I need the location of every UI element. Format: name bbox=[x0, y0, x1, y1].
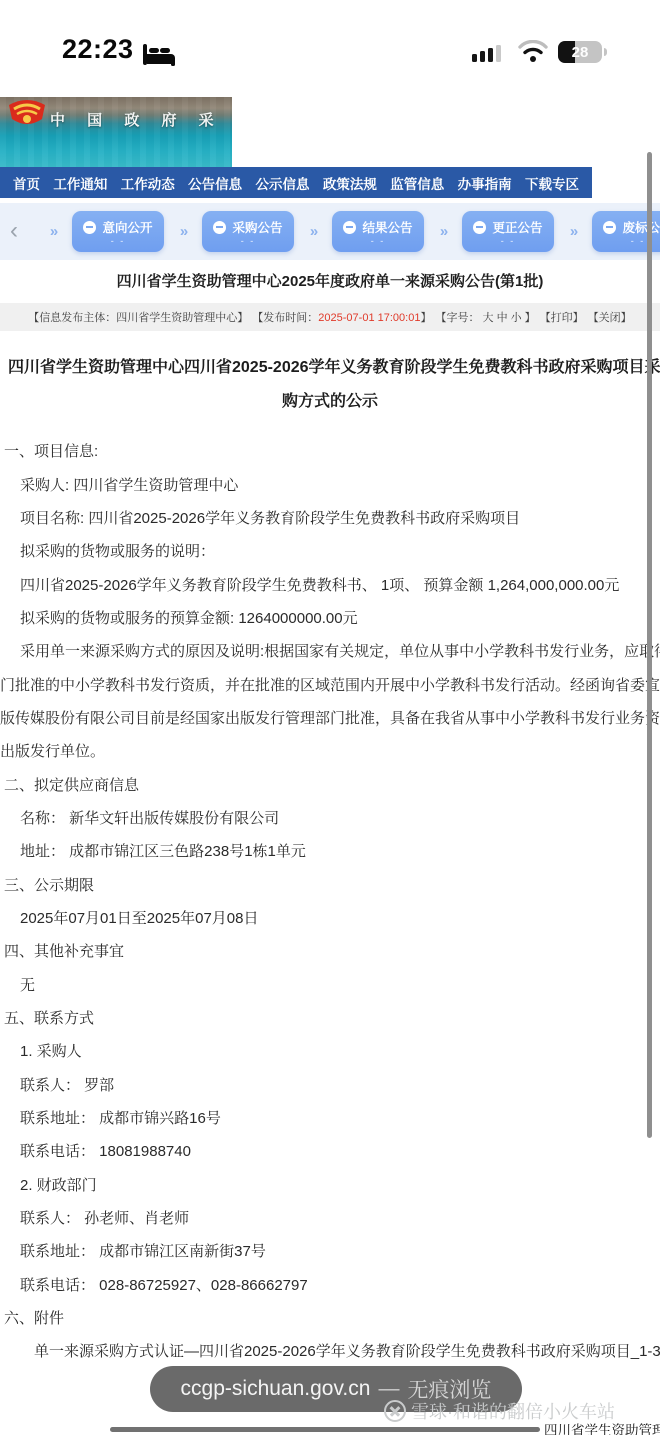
document-line: 版传媒股份有限公司目前是经国家出版发行管理部门批准，具备在我省从事中小学教科书发… bbox=[0, 701, 660, 734]
quick-nav-button-sublabel: - - bbox=[501, 237, 516, 245]
document-line: 出版发行单位。 bbox=[0, 734, 660, 767]
close-button[interactable]: 【关闭】 bbox=[588, 309, 632, 325]
document-line: 联系地址： 成都市锦兴路16号 bbox=[0, 1101, 660, 1134]
cell-signal-icon bbox=[472, 44, 501, 62]
document-line: 联系地址： 成都市锦江区南新街37号 bbox=[0, 1234, 660, 1267]
circle-minus-icon bbox=[473, 221, 486, 234]
document-heading-line1: 四川省学生资助管理中心四川省2025-2026学年义务教育阶段学生免费教科书政府… bbox=[0, 348, 660, 382]
vertical-scrollbar[interactable] bbox=[647, 152, 652, 1138]
document-line: 2025年07月01日至2025年07月08日 bbox=[0, 901, 660, 934]
double-arrow-icon: » bbox=[294, 223, 332, 240]
document-line: 拟采购的货物或服务的预算金额: 1264000000.00元 bbox=[0, 601, 660, 634]
circle-minus-icon bbox=[343, 221, 356, 234]
quick-nav-button-sublabel: - - bbox=[111, 237, 126, 245]
circle-minus-icon bbox=[83, 221, 96, 234]
quick-nav-button[interactable]: 意向公开 - - bbox=[72, 211, 164, 252]
phone-screen: 22:23 28 中 国 政 bbox=[0, 0, 660, 1435]
nav-item[interactable]: 监管信息 bbox=[390, 173, 444, 193]
document-line: 联系电话： 028-86725927、028-86662797 bbox=[0, 1268, 660, 1301]
nav-item[interactable]: 首页 bbox=[13, 173, 40, 193]
circle-minus-icon bbox=[213, 221, 226, 234]
document-line: 采购人: 四川省学生资助管理中心 bbox=[0, 467, 660, 500]
document-line: 项目名称: 四川省2025-2026学年义务教育阶段学生免费教科书政府采购项目 bbox=[0, 501, 660, 534]
document-line: 无 bbox=[0, 968, 660, 1001]
document-line: 六、附件 bbox=[0, 1301, 660, 1334]
nav-item[interactable]: 工作通知 bbox=[53, 173, 107, 193]
nav-item[interactable]: 办事指南 bbox=[458, 173, 512, 193]
document-line: 四、其他补充事宜 bbox=[0, 934, 660, 967]
quick-nav-button[interactable]: 采购公告 - - bbox=[202, 211, 294, 252]
document-line: 二、拟定供应商信息 bbox=[0, 767, 660, 800]
document-line: 采用单一来源采购方式的原因及说明:根据国家有关规定，单位从事中小学教科书发行业务… bbox=[0, 634, 660, 667]
banner-title: 中 国 政 府 采 购 网 四 川 bbox=[50, 109, 232, 130]
quick-nav-item: » 更正公告 - - bbox=[424, 211, 554, 252]
document-line: 一、项目信息: bbox=[0, 434, 660, 467]
document-line: 联系人： 罗部 bbox=[0, 1068, 660, 1101]
clock-time: 22:23 bbox=[62, 34, 134, 65]
quick-nav-strip: ‹ » 意向公开 - - » bbox=[0, 203, 660, 260]
url-text: ccgp-sichuan.gov.cn bbox=[181, 1377, 371, 1401]
meta-publish-time: 【发布时间：2025-07-01 17:00:01】 bbox=[252, 309, 431, 325]
document-line: 名称： 新华文轩出版传媒股份有限公司 bbox=[0, 801, 660, 834]
document-line: 地址： 成都市锦江区三色路238号1栋1单元 bbox=[0, 834, 660, 867]
chevron-left-icon[interactable]: ‹ bbox=[10, 217, 18, 245]
meta-publisher: 【信息发布主体：四川省学生资助管理中心】 bbox=[28, 309, 248, 325]
quick-nav-button[interactable]: 更正公告 - - bbox=[462, 211, 554, 252]
circle-minus-icon bbox=[603, 221, 616, 234]
document-line: 联系电话： 18081988740 bbox=[0, 1134, 660, 1167]
document-body: 一、项目信息: 采购人: 四川省学生资助管理中心 项目名称: 四川省2025-2… bbox=[0, 434, 660, 1368]
double-arrow-icon: » bbox=[554, 223, 592, 240]
document-line: 三、公示期限 bbox=[0, 867, 660, 900]
quick-nav-item: » 废标公告 - - bbox=[554, 211, 660, 252]
battery-percent: 28 bbox=[558, 41, 602, 63]
print-button[interactable]: 【打印】 bbox=[540, 309, 584, 325]
quick-nav-button[interactable]: 结果公告 - - bbox=[332, 211, 424, 252]
document-line: 1. 采购人 bbox=[0, 1034, 660, 1067]
quick-nav-button-sublabel: - - bbox=[371, 237, 386, 245]
quick-nav-button-label: 意向公开 bbox=[102, 218, 152, 236]
document-line: 门批准的中小学教科书发行资质，并在批准的区域范围内开展中小学教科书发行活动。经函… bbox=[0, 667, 660, 700]
double-arrow-icon: » bbox=[164, 223, 202, 240]
double-arrow-icon: » bbox=[424, 223, 462, 240]
nav-item[interactable]: 工作动态 bbox=[121, 173, 175, 193]
nav-item[interactable]: 下载专区 bbox=[525, 173, 579, 193]
document-line: 拟采购的货物或服务的说明： bbox=[0, 534, 660, 567]
font-size-control[interactable]: 【字号： 大 中 小 】 bbox=[435, 309, 535, 325]
publish-time-value: 2025-07-01 17:00:01 bbox=[318, 312, 420, 324]
quick-nav-button-label: 采购公告 bbox=[232, 218, 282, 236]
document-heading: 四川省学生资助管理中心四川省2025-2026学年义务教育阶段学生免费教科书政府… bbox=[0, 348, 660, 416]
quick-nav-item: » 意向公开 - - bbox=[34, 211, 164, 252]
document-line: 2. 财政部门 bbox=[0, 1168, 660, 1201]
battery-cap bbox=[604, 48, 607, 56]
battery-icon: 28 bbox=[558, 41, 602, 63]
quick-nav-item: » 结果公告 - - bbox=[294, 211, 424, 252]
document-line: 五、联系方式 bbox=[0, 1001, 660, 1034]
quick-nav-item: » 采购公告 - - bbox=[164, 211, 294, 252]
quick-nav-button-label: 更正公告 bbox=[492, 218, 542, 236]
quick-nav-buttons: » 意向公开 - - » 采购公告 bbox=[34, 211, 660, 252]
emblem-logo-icon bbox=[6, 99, 48, 140]
quick-nav-button-sublabel: - - bbox=[631, 237, 646, 245]
document-heading-line2: 购方式的公示 bbox=[0, 382, 660, 416]
quick-nav-button-sublabel: - - bbox=[241, 237, 256, 245]
double-arrow-icon: » bbox=[34, 223, 72, 240]
home-indicator[interactable] bbox=[110, 1427, 540, 1432]
wifi-icon bbox=[518, 40, 548, 68]
main-nav: 首页工作通知工作动态公告信息公示信息政策法规监管信息办事指南下载专区 bbox=[0, 167, 592, 198]
article-meta-bar: 【信息发布主体：四川省学生资助管理中心】 【发布时间：2025-07-01 17… bbox=[0, 303, 660, 331]
nav-item[interactable]: 政策法规 bbox=[323, 173, 377, 193]
page-title: 四川省学生资助管理中心2025年度政府单一来源采购公告(第1批) bbox=[0, 270, 660, 291]
document-line: 单一来源采购方式认证—四川省2025-2026学年义务教育阶段学生免费教科书政府… bbox=[0, 1334, 660, 1367]
nav-item[interactable]: 公告信息 bbox=[188, 173, 242, 193]
bed-focus-icon bbox=[142, 42, 176, 72]
document-line: 联系人： 孙老师、肖老师 bbox=[0, 1201, 660, 1234]
quick-nav-button-label: 废标公告 bbox=[622, 218, 660, 236]
document-line: 四川省2025-2026学年义务教育阶段学生免费教科书、 1项、 预算金额 1,… bbox=[0, 567, 660, 600]
footer-partial-text: 四川省学生资助管理 bbox=[544, 1419, 660, 1435]
nav-item[interactable]: 公示信息 bbox=[256, 173, 310, 193]
quick-nav-button-label: 结果公告 bbox=[362, 218, 412, 236]
site-banner: 中 国 政 府 采 购 网 四 川 bbox=[0, 97, 232, 167]
xueqiu-logo-icon bbox=[384, 1400, 406, 1422]
